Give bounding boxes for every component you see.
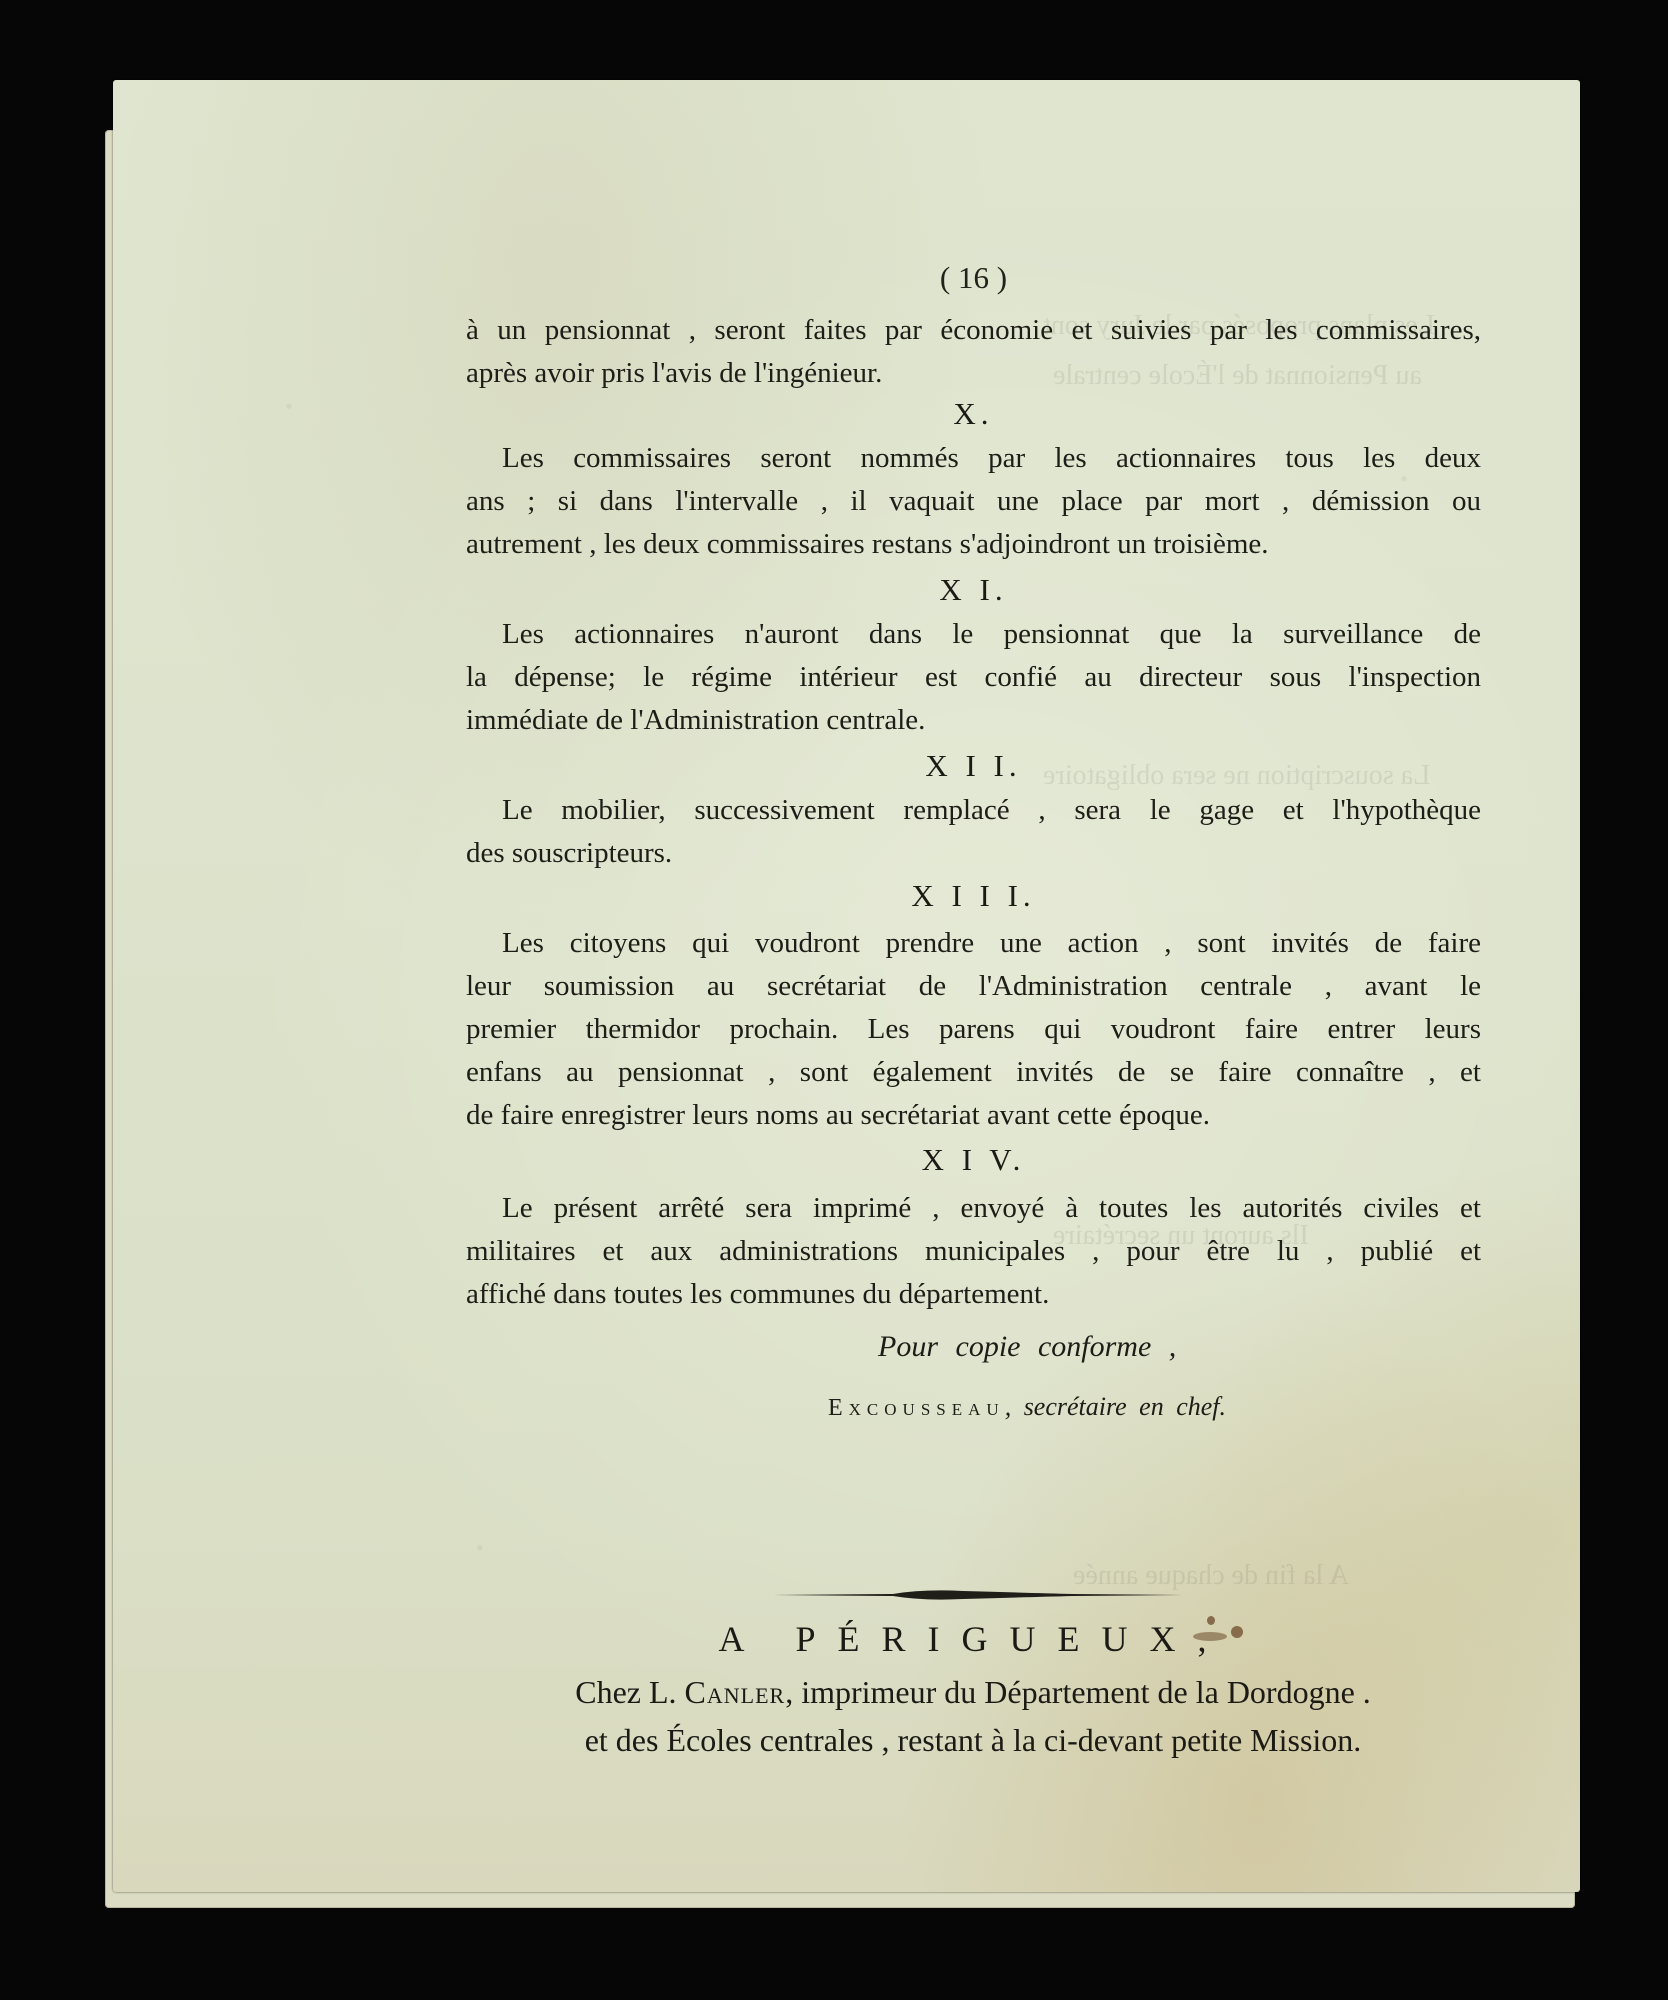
imprint-printer: Chez L. Canler, imprimeur du Département… [458,1674,1488,1711]
article-numeral: X I. [466,572,1481,608]
signature-block: Excousseau, secrétaire en chef. [828,1392,1226,1422]
foxing-stain [1231,1626,1243,1638]
body-line: Les commissaires seront nommés par les a… [466,440,1481,476]
body-line: enfans au pensionnat , sont également in… [466,1054,1481,1090]
imprint-address: et des Écoles centrales , restant à la c… [458,1722,1488,1759]
foxing-stain [1207,1616,1215,1625]
body-line: après avoir pris l'avis de l'ingénieur. [466,355,1481,391]
secretary-title: , secrétaire en chef. [1005,1392,1226,1421]
body-line: premier thermidor prochain. Les parens q… [466,1011,1481,1047]
body-line: Le mobilier, successivement remplacé , s… [466,792,1481,828]
document-page: Les plans proposés par le Jury sont au P… [113,80,1580,1892]
printer-prefix: Chez L. [575,1674,684,1710]
body-line: Les actionnaires n'auront dans le pensio… [466,616,1481,652]
article-numeral: X I V. [466,1142,1481,1178]
article-numeral: X I I I. [466,878,1481,914]
body-line: militaires et aux administrations munici… [466,1233,1481,1269]
photo-background: Les plans proposés par le Jury sont au P… [0,0,1668,2000]
printer-suffix: , imprimeur du Département de la Dordogn… [785,1674,1371,1710]
body-line: Les citoyens qui voudront prendre une ac… [466,925,1481,961]
printer-name: Canler [685,1674,786,1710]
article-numeral: X. [466,396,1481,432]
page-number: ( 16 ) [466,260,1481,296]
body-line: immédiate de l'Administration centrale. [466,702,1481,738]
foxing-stain [1193,1632,1227,1641]
body-line: ans ; si dans l'intervalle , il vaquait … [466,483,1481,519]
body-line: leur soumission au secrétariat de l'Admi… [466,968,1481,1004]
body-line: affiché dans toutes les communes du dépa… [466,1276,1481,1312]
ornamental-rule [773,1588,1183,1602]
body-line: Le présent arrêté sera imprimé , envoyé … [466,1190,1481,1226]
secretary-name: Excousseau [828,1395,1005,1421]
body-line: à un pensionnat , seront faites par écon… [466,312,1481,348]
body-line: de faire enregistrer leurs noms au secré… [466,1097,1481,1133]
body-line: la dépense; le régime intérieur est conf… [466,659,1481,695]
body-line: des souscripteurs. [466,835,1481,871]
body-line: autrement , les deux commissaires restan… [466,526,1481,562]
article-numeral: X I I. [466,748,1481,784]
imprint-city: A PÉRIGUEUX, [466,1618,1481,1660]
attestation-text: Pour copie conforme , [878,1330,1176,1364]
